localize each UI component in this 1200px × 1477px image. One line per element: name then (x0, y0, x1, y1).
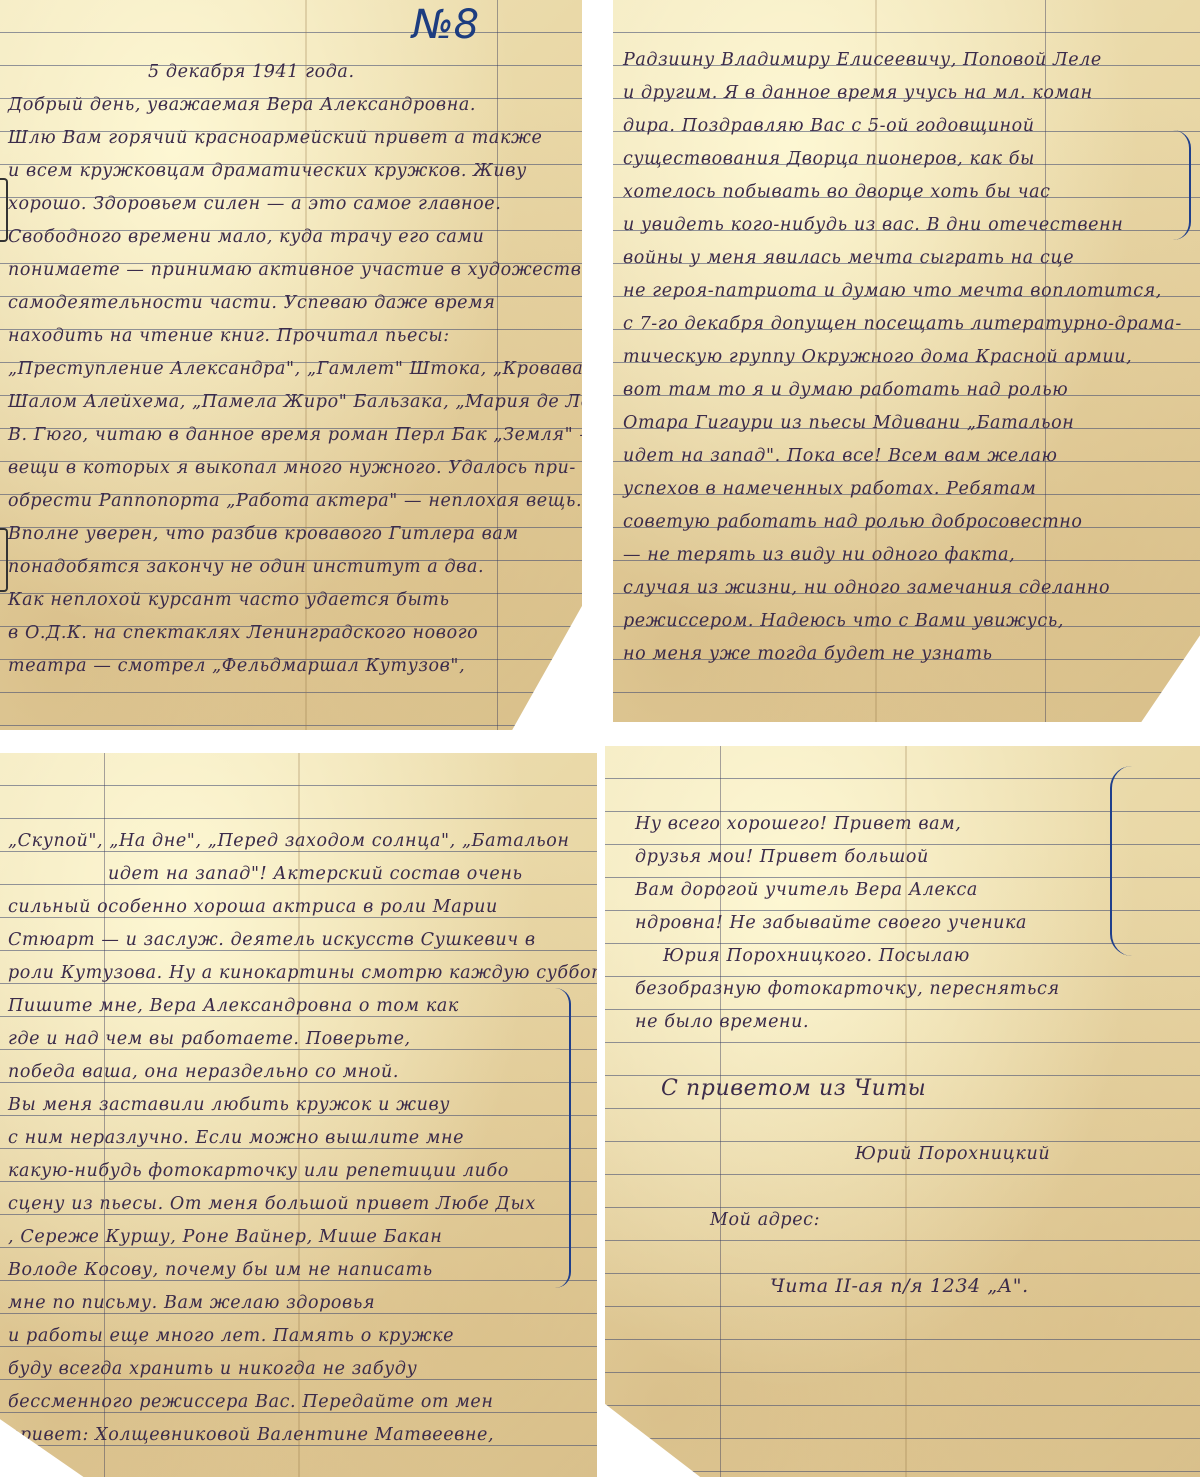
text-line: В. Гюго, читаю в данное время роман Перл… (8, 419, 582, 452)
text-line: не героя-патриота и думаю что мечта вопл… (623, 275, 1200, 308)
text-line: сцену из пьесы. От меня большой привет Л… (8, 1188, 597, 1221)
text-line: с 7-го декабря допущен посещать литерату… (623, 308, 1200, 341)
postal-address: Чита II-ая п/я 1234 „А". (635, 1270, 1200, 1303)
text-line: успехов в намеченных работах. Ребятам (623, 473, 1200, 506)
letter-page-3: „Скупой", „На дне", „Перед заходом солнц… (0, 753, 597, 1477)
text-line: вот там то я и думаю работать над ролью (623, 374, 1200, 407)
closing-greeting: С приветом из Читы (635, 1072, 1200, 1105)
text-line: театра — смотрел „Фельдмаршал Кутузов", (8, 650, 582, 683)
letter-page-4: Ну всего хорошего! Привет вам, друзья мо… (605, 746, 1200, 1477)
text-line: Вы меня заставили любить кружок и живу (8, 1089, 597, 1122)
text-line: Как неплохой курсант часто удается быть (8, 584, 582, 617)
text-line: идет на запад"! Актерский состав очень (8, 858, 597, 891)
text-line: не было времени. (635, 1006, 1200, 1039)
text-line: но меня уже тогда будет не узнать (623, 638, 1200, 671)
text-line: Шалом Алейхема, „Памела Жиро" Бальзака, … (8, 386, 582, 419)
text-line: Пишите мне, Вера Александровна о том как (8, 990, 597, 1023)
text-line: и увидеть кого-нибудь из вас. В дни отеч… (623, 209, 1200, 242)
text-line: существования Дворца пионеров, как бы (623, 143, 1200, 176)
text-line: дира. Поздравляю Вас с 5-ой годовщиной (623, 110, 1200, 143)
text-line: безобразную фотокарточку, пересняться (635, 973, 1200, 1006)
text-line: „Преступление Александра", „Гамлет" Шток… (8, 353, 582, 386)
text-line: сильный особенно хороша актриса в роли М… (8, 891, 597, 924)
text-line: Шлю Вам горячий красноармейский привет а… (8, 122, 582, 155)
text-line: войны у меня явилась мечта сыграть на сц… (623, 242, 1200, 275)
text-line: самодеятельности части. Успеваю даже вре… (8, 287, 582, 320)
text-line: бессменного режиссера Вас. Передайте от … (8, 1386, 597, 1419)
text-line: какую-нибудь фотокарточку или репетиции … (8, 1155, 597, 1188)
text-line: советую работать над ролью добросовестно (623, 506, 1200, 539)
text-line: — не терять из виду ни одного факта, (623, 539, 1200, 572)
text-line: Вполне уверен, что разбив кровавого Гитл… (8, 518, 582, 551)
text-line: обрести Раппопорта „Работа актера" — неп… (8, 485, 582, 518)
text-line: понадобятся закончу не один институт а д… (8, 551, 582, 584)
letter-text: Радзиину Владимиру Елисеевичу, Поповой Л… (623, 44, 1200, 671)
text-line: хотелось побывать во дворце хоть бы час (623, 176, 1200, 209)
binding-stitch (0, 528, 8, 592)
text-line: победа ваша, она нераздельно со мной. (8, 1056, 597, 1089)
text-line: Володе Косову, почему бы им не написать (8, 1254, 597, 1287)
text-line: мне по письму. Вам желаю здоровья (8, 1287, 597, 1320)
spacer-line (635, 1039, 1200, 1072)
letter-text: Ну всего хорошего! Привет вам, друзья мо… (635, 808, 1200, 1303)
text-line: Стюарт — и заслуж. деятель искусств Сушк… (8, 924, 597, 957)
text-line: хорошо. Здоровьем силен — а это самое гл… (8, 188, 582, 221)
text-line: роли Кутузова. Ну а кинокартины смотрю к… (8, 957, 597, 990)
letter-page-1: №8 5 декабря 1941 года. Добрый день, ува… (0, 0, 582, 730)
text-line: и другим. Я в данное время учусь на мл. … (623, 77, 1200, 110)
text-line: друзья мои! Привет большой (635, 841, 1200, 874)
text-line: идет на запад". Пока все! Всем вам желаю (623, 440, 1200, 473)
text-line: буду всегда хранить и никогда не забуду (8, 1353, 597, 1386)
letter-page-2: Радзиину Владимиру Елисеевичу, Поповой Л… (613, 0, 1200, 722)
signature: Юрий Порохницкий (635, 1138, 1200, 1171)
spacer-line (635, 1105, 1200, 1138)
text-line: в О.Д.К. на спектаклях Ленинградского но… (8, 617, 582, 650)
text-line: Вам дорогой учитель Вера Алекса (635, 874, 1200, 907)
spacer-line (635, 1237, 1200, 1270)
spacer-line (635, 1171, 1200, 1204)
text-line: и всем кружковцам драматических кружков.… (8, 155, 582, 188)
text-line: „Скупой", „На дне", „Перед заходом солнц… (8, 825, 597, 858)
date-line: 5 декабря 1941 года. (8, 56, 582, 89)
text-line: Отара Гигаури из пьесы Мдивани „Батальон (623, 407, 1200, 440)
text-line: тическую группу Окружного дома Красной а… (623, 341, 1200, 374)
text-line: режиссером. Надеюсь что с Вами увижусь, (623, 605, 1200, 638)
text-line: Свободного времени мало, куда трачу его … (8, 221, 582, 254)
text-line: с ним неразлучно. Если можно вышлите мне (8, 1122, 597, 1155)
text-line: находить на чтение книг. Прочитал пьесы: (8, 320, 582, 353)
text-line: где и над чем вы работаете. Поверьте, (8, 1023, 597, 1056)
text-line: понимаете — принимаю активное участие в … (8, 254, 582, 287)
text-line: Добрый день, уважаемая Вера Александровн… (8, 89, 582, 122)
text-line: Юрия Порохницкого. Посылаю (635, 940, 1200, 973)
text-line: Радзиину Владимиру Елисеевичу, Поповой Л… (623, 44, 1200, 77)
text-line: и работы еще много лет. Память о кружке (8, 1320, 597, 1353)
letter-number-mark: №8 (412, 2, 479, 48)
text-line: , Сереже Куршу, Роне Вайнер, Мише Бакан (8, 1221, 597, 1254)
text-line: Ну всего хорошего! Привет вам, (635, 808, 1200, 841)
binding-stitch (0, 178, 8, 242)
text-line: случая из жизни, ни одного замечания сде… (623, 572, 1200, 605)
letter-text: 5 декабря 1941 года. Добрый день, уважае… (8, 56, 582, 683)
text-line: ндровна! Не забывайте своего ученика (635, 907, 1200, 940)
text-line: привет: Холщевниковой Валентине Матвеевн… (8, 1419, 597, 1452)
letter-text: „Скупой", „На дне", „Перед заходом солнц… (8, 825, 597, 1452)
text-line: вещи в которых я выкопал много нужного. … (8, 452, 582, 485)
address-label: Мой адрес: (635, 1204, 1200, 1237)
